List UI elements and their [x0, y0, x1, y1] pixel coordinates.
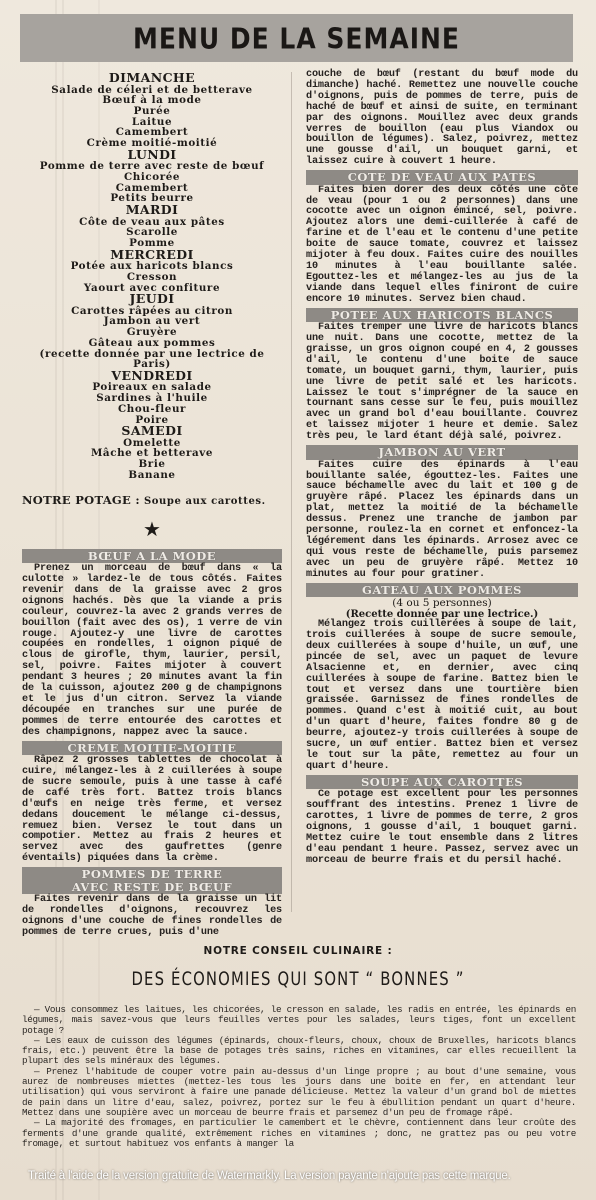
menu-day-samedi: SAMEDI [22, 425, 282, 438]
recipe-text-gateau: Mélangez trois cuillerées à soupe de lai… [306, 620, 578, 773]
menu-item: Cresson [22, 272, 282, 283]
potage-label: NOTRE POTAGE : [22, 493, 140, 507]
recipe-title-gateau: GATEAU AUX POMMES [306, 583, 578, 598]
recipe-text-soupe: Ce potage est excellent pour les personn… [306, 790, 578, 866]
page-title-banner: MENU DE LA SEMAINE [20, 14, 573, 62]
conseil-headline: DES ÉCONOMIES QUI SONT “ BONNES ” [66, 968, 531, 990]
tip-paragraph: — La majorité des fromages, en particuli… [22, 1118, 576, 1149]
conseil-kicker: NOTRE CONSEIL CULINAIRE : [0, 945, 596, 957]
recipe-title-jambon: JAMBON AU VERT [306, 445, 578, 460]
column-divider [291, 72, 292, 912]
menu-item: Banane [22, 470, 282, 481]
recipe-text-creme: Râpez 2 grosses tablettes de chocolat à … [22, 756, 282, 865]
tip-paragraph: — Les eaux de cuisson des légumes (épina… [22, 1036, 576, 1067]
menu-day-jeudi: JEUDI [22, 293, 282, 306]
tip-paragraph: — Vous consommez les laitues, les chicor… [22, 1005, 576, 1036]
recipe-text-pommes-de-terre-part2: couche de bœuf (restant du bœuf mode du … [306, 70, 578, 168]
recipe-title-line-1: POMMES DE TERRE [22, 868, 282, 881]
potage-line: NOTRE POTAGE : Soupe aux carottes. [22, 493, 282, 507]
recipe-title-soupe: SOUPE AUX CAROTTES [306, 775, 578, 790]
recipe-title-cote-veau: COTE DE VEAU AUX PATES [306, 170, 578, 185]
recipe-text-potee: Faites tremper une livre de haricots bla… [306, 323, 578, 443]
weekly-menu: DIMANCHESalade de céleri et de betterave… [22, 72, 282, 481]
recipe-text-pommes-de-terre-part1: Faites revenir dans de la graisse un lit… [22, 895, 282, 939]
recipe-text-cote-veau: Faites bien dorer des deux côtés une côt… [306, 186, 578, 306]
watermark-text: Traité à l'aide de la version gratuite d… [28, 1170, 588, 1182]
menu-item: Gâteau aux pommes [22, 338, 282, 349]
menu-item: Purée [22, 106, 282, 117]
recipe-servings: (4 ou 5 personnes) [306, 598, 578, 609]
menu-item: Chou-fleur [22, 404, 282, 415]
recipe-title-pommes-de-terre: POMMES DE TERRE AVEC RESTE DE BŒUF [22, 867, 282, 894]
recipe-title-potee: POTEE AUX HARICOTS BLANCS [306, 308, 578, 323]
right-column: couche de bœuf (restant du bœuf mode du … [306, 70, 578, 867]
star-icon: ★ [22, 519, 282, 539]
recipe-title-line-2: AVEC RESTE DE BŒUF [22, 881, 282, 894]
page-title: MENU DE LA SEMAINE [133, 21, 460, 54]
conseil-tips: — Vous consommez les laitues, les chicor… [22, 1005, 576, 1149]
recipe-text-boeuf-mode: Prenez un morceau de bœuf dans « la culo… [22, 564, 282, 739]
recipe-title-creme: CREME MOITIE-MOITIE [22, 741, 282, 756]
menu-day-mardi: MARDI [22, 204, 282, 217]
potage-value: Soupe aux carottes. [144, 496, 266, 507]
menu-day-dimanche: DIMANCHE [22, 72, 282, 85]
tip-paragraph: — Prenez l'habitude de couper votre pain… [22, 1067, 576, 1118]
recipe-title-boeuf-mode: BŒUF A LA MODE [22, 549, 282, 564]
menu-item: (recette donnée par une lectrice de Pari… [22, 349, 282, 370]
recipe-text-jambon: Faites cuire des épinards à l'eau bouill… [306, 461, 578, 581]
left-column: DIMANCHESalade de céleri et de betterave… [22, 72, 282, 939]
